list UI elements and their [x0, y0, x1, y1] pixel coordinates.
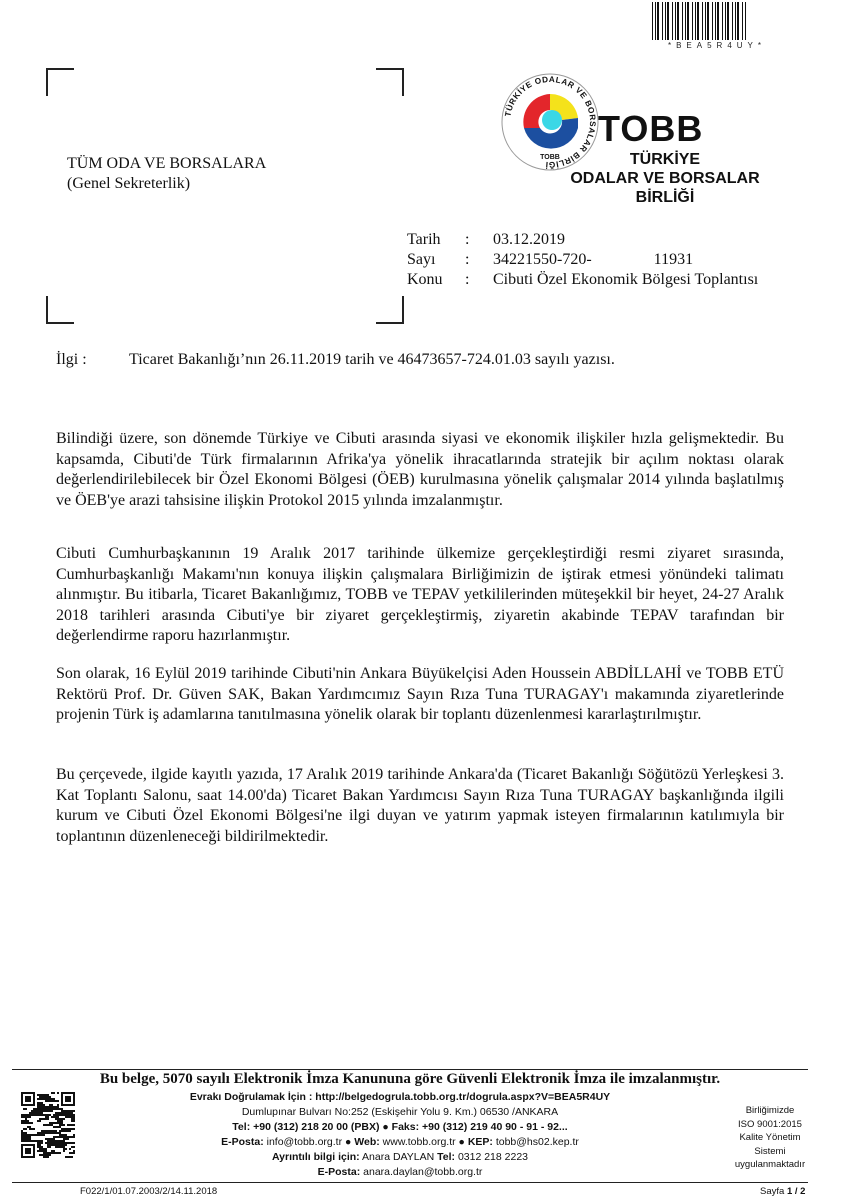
- bullet-separator: ●: [382, 1121, 388, 1133]
- document-barcode: [652, 2, 782, 40]
- date-label: Tarih: [407, 230, 465, 250]
- bullet-separator: ●: [345, 1136, 351, 1148]
- number-label: Sayı: [407, 250, 465, 270]
- contact-email-link[interactable]: anara.daylan@tobb.org.tr: [363, 1166, 482, 1178]
- contact-email-line: E-Posta: anara.daylan@tobb.org.tr: [120, 1165, 680, 1180]
- date-value: 03.12.2019: [493, 230, 565, 250]
- footer-divider: [12, 1069, 808, 1070]
- iso-line: Birliğimizde: [715, 1104, 825, 1118]
- contact-line: Ayrıntılı bilgi için: Anara DAYLAN Tel: …: [120, 1150, 680, 1165]
- kep-link[interactable]: tobb@hs02.kep.tr: [496, 1136, 579, 1148]
- web-label: Web:: [354, 1136, 379, 1148]
- body-paragraph: Son olarak, 16 Eylül 2019 tarihinde Cibu…: [56, 664, 784, 726]
- verify-link[interactable]: http://belgedogrula.tobb.org.tr/dogrula.…: [315, 1091, 610, 1103]
- iso-certification-note: Birliğimizde ISO 9001:2015 Kalite Yöneti…: [715, 1104, 825, 1172]
- document-meta: Tarih : 03.12.2019 Sayı : 34221550-720- …: [407, 230, 758, 290]
- iso-line: ISO 9001:2015: [715, 1118, 825, 1132]
- contact-label: Ayrıntılı bilgi için:: [272, 1151, 360, 1163]
- iso-line: uygulanmaktadır: [715, 1158, 825, 1172]
- address-corner-mark: [376, 68, 404, 96]
- page-number: Sayfa 1 / 2: [760, 1186, 805, 1197]
- page-label: Sayfa: [760, 1186, 784, 1197]
- org-acronym: TOBB: [598, 108, 703, 150]
- body-paragraph: Bu çerçevede, ilgide kayıtlı yazıda, 17 …: [56, 765, 784, 847]
- address-corner-mark: [376, 296, 404, 324]
- recipient-department: (Genel Sekreterlik): [67, 174, 266, 194]
- iso-line: Kalite Yönetim: [715, 1131, 825, 1145]
- recipient-block: TÜM ODA VE BORSALARA (Genel Sekreterlik): [67, 154, 266, 194]
- org-name-line: TÜRKİYE: [545, 150, 785, 169]
- colon: :: [465, 230, 493, 250]
- fax-value: +90 (312) 219 40 90 - 91 - 92...: [422, 1121, 568, 1133]
- footer-divider: [12, 1182, 808, 1183]
- org-name-line: ODALAR VE BORSALAR: [545, 169, 785, 188]
- reference-text: Ticaret Bakanlığı’nın 26.11.2019 tarih v…: [129, 351, 615, 369]
- subject-value: Cibuti Özel Ekonomik Bölgesi Toplantısı: [493, 270, 758, 290]
- phone-line: Tel: +90 (312) 218 20 00 (PBX) ● Faks: +…: [120, 1120, 680, 1135]
- colon: :: [465, 250, 493, 270]
- fax-label: Faks:: [392, 1121, 419, 1133]
- tel-value: +90 (312) 218 20 00 (PBX): [253, 1121, 379, 1133]
- kep-label: KEP:: [468, 1136, 493, 1148]
- org-full-name: TÜRKİYE ODALAR VE BORSALAR BİRLİĞİ: [545, 150, 785, 207]
- iso-line: Sistemi: [715, 1145, 825, 1159]
- contact-email-label: E-Posta:: [318, 1166, 361, 1178]
- contact-name: Anara DAYLAN: [362, 1151, 434, 1163]
- meta-subject-row: Konu : Cibuti Özel Ekonomik Bölgesi Topl…: [407, 270, 758, 290]
- address: Dumlupınar Bulvarı No:252 (Eskişehir Yol…: [120, 1105, 680, 1120]
- bullet-separator: ●: [459, 1136, 465, 1148]
- tel-label: Tel:: [232, 1121, 250, 1133]
- reference-label: İlgi :: [56, 351, 129, 369]
- meta-number-row: Sayı : 34221550-720- 11931: [407, 250, 758, 270]
- number-value: 34221550-720-: [493, 250, 592, 270]
- org-name-line: BİRLİĞİ: [545, 188, 785, 207]
- page-value: 1 / 2: [787, 1186, 806, 1197]
- e-signature-notice: Bu belge, 5070 sayılı Elektronik İmza Ka…: [12, 1071, 808, 1088]
- barcode-code: *BEA5R4UY*: [652, 41, 782, 50]
- contact-tel-label: Tel:: [437, 1151, 455, 1163]
- recipient-name: TÜM ODA VE BORSALARA: [67, 154, 266, 174]
- body-paragraph: Bilindiği üzere, son dönemde Türkiye ve …: [56, 429, 784, 511]
- qr-code-icon[interactable]: [21, 1092, 75, 1158]
- address-corner-mark: [46, 68, 74, 96]
- web-link[interactable]: www.tobb.org.tr: [383, 1136, 456, 1148]
- number-suffix: 11931: [654, 250, 693, 270]
- online-line: E-Posta: info@tobb.org.tr ● Web: www.tob…: [120, 1135, 680, 1150]
- email-link[interactable]: info@tobb.org.tr: [267, 1136, 342, 1148]
- colon: :: [465, 270, 493, 290]
- email-label: E-Posta:: [221, 1136, 264, 1148]
- address-corner-mark: [46, 296, 74, 324]
- meta-date-row: Tarih : 03.12.2019: [407, 230, 758, 250]
- verify-line: Evrakı Doğrulamak İçin : http://belgedog…: [120, 1090, 680, 1105]
- subject-label: Konu: [407, 270, 465, 290]
- body-paragraph: Cibuti Cumhurbaşkanının 19 Aralık 2017 t…: [56, 544, 784, 647]
- reference-line: İlgi : Ticaret Bakanlığı’nın 26.11.2019 …: [56, 351, 615, 369]
- verify-label: Evrakı Doğrulamak İçin :: [190, 1091, 313, 1103]
- contact-tel: 0312 218 2223: [458, 1151, 528, 1163]
- form-code: F022/1/01.07.2003/2/14.11.2018: [80, 1186, 217, 1197]
- footer-contact-info: Evrakı Doğrulamak İçin : http://belgedog…: [120, 1090, 680, 1180]
